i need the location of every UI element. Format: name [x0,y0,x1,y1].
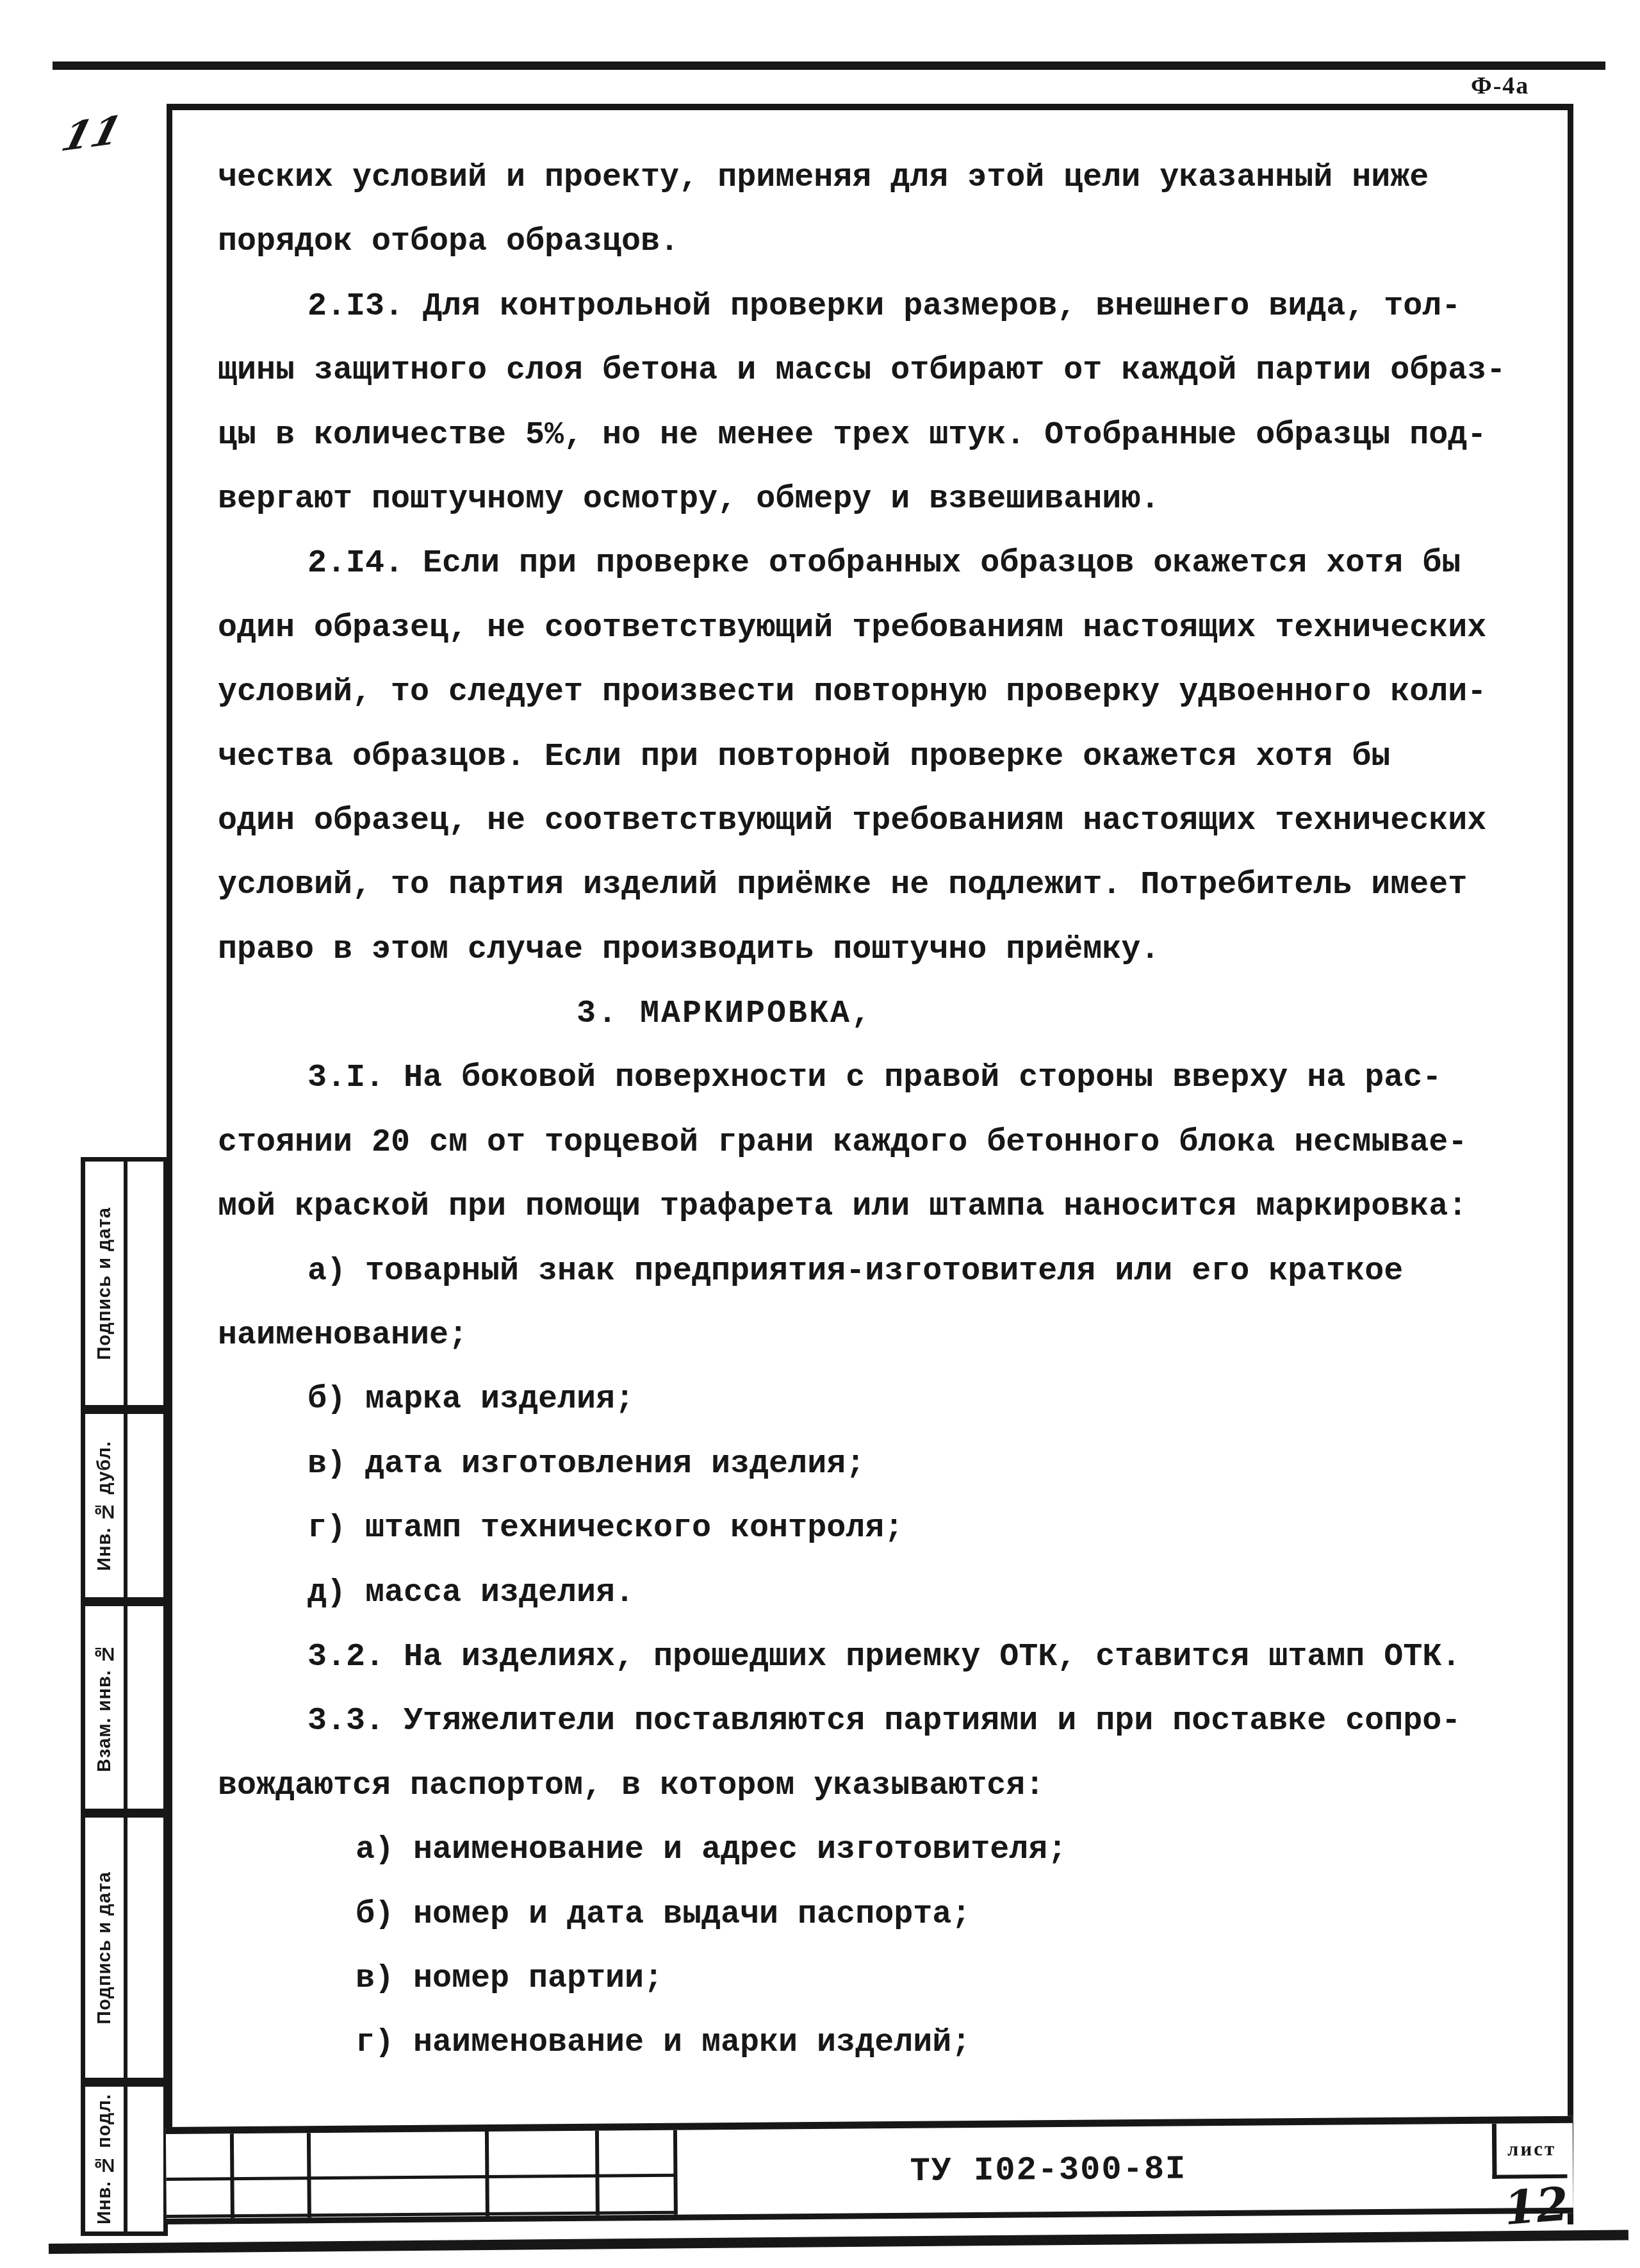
text-line: д) масса изделия. [218,1561,1548,1625]
sidebar-column-divider [124,1606,127,1809]
sidebar-label: Взам. инв. № [94,1643,115,1772]
bottom-edge-line [49,2230,1628,2254]
text-line: г) наименование и марки изделий; [218,2011,1548,2075]
sidebar-section-signature-date-1: Подпись и дата [81,1157,168,1409]
sidebar-label: Инв. № дубл. [94,1441,115,1571]
sidebar-label: Подпись и дата [94,1207,115,1360]
sidebar-column-divider [124,1414,127,1597]
document-number: ТУ I02-300-8I [824,2149,1272,2190]
sidebar-label-box: Инв. № дубл. [85,1414,124,1597]
sidebar-label-box: Инв. № подл. [85,2087,124,2231]
document-text: ческих условий и проекту, применяя для э… [218,146,1548,2076]
title-block-grid-line [166,2174,676,2181]
text-line: 3.2. На изделиях, прошедших приемку ОТК,… [218,1625,1548,1689]
text-line: ческих условий и проекту, применяя для э… [218,146,1548,210]
text-line: чества образцов. Если при повторной пров… [218,725,1548,789]
text-line: условий, то партия изделий приёмке не по… [218,853,1548,917]
sidebar-label-box: Взам. инв. № [85,1606,124,1809]
sidebar-label-box: Подпись и дата [85,1818,124,2078]
sidebar-section-inv-podl: Инв. № подл. [81,2082,168,2236]
sidebar-column-divider [124,1162,127,1405]
text-line: г) штамп технического контроля; [218,1497,1548,1561]
text-line: порядок отбора образцов. [218,210,1548,274]
top-edge-line [53,62,1605,70]
text-line: один образец, не соответствующий требова… [218,596,1548,661]
text-line: 2.I4. Если при проверке отобранных образ… [218,532,1548,596]
sidebar-label-box: Подпись и дата [85,1162,124,1405]
text-line: в) дата изготовления изделия; [218,1433,1548,1497]
title-block-grid-line [595,2131,600,2215]
text-line: один образец, не соответствующий требова… [218,789,1548,853]
text-line: наименование; [218,1304,1548,1368]
sidebar-section-inv-dubl: Инв. № дубл. [81,1409,168,1602]
sidebar-section-vzam-inv: Взам. инв. № [81,1602,168,1813]
title-block-grid-line [673,2130,678,2215]
sidebar-section-signature-date-2: Подпись и дата [81,1813,168,2082]
handwritten-sheet-number: 12 [1502,2176,1570,2235]
sidebar-label: Инв. № подл. [94,2094,115,2224]
sidebar-label: Подпись и дата [94,1871,115,2025]
text-line: 3.3. Утяжелители поставляются партиями и… [218,1689,1548,1754]
title-block-grid-line [307,2133,311,2217]
title-block: ТУ I02-300-8I лист 12 [166,2116,1573,2224]
form-code-label: Ф-4а [1471,72,1529,100]
text-line: мой краской при помощи трафарета или шта… [218,1175,1548,1239]
sidebar-column-divider [124,1818,127,2078]
handwritten-page-number: 11 [56,106,126,160]
text-line: вергают поштучному осмотру, обмеру и взв… [218,468,1548,532]
sheet-label-cell: лист [1492,2123,1568,2179]
text-line: 3.I. На боковой поверхности с правой сто… [218,1046,1548,1110]
title-block-grid-line [230,2133,234,2218]
sheet-label: лист [1507,2137,1557,2161]
text-line: а) товарный знак предприятия-изготовител… [218,1240,1548,1304]
title-block-grid-line [485,2132,489,2216]
text-line: а) наименование и адрес изготовителя; [218,1818,1548,1882]
text-line: право в этом случае производить поштучно… [218,918,1548,982]
scanned-document-page: Ф-4а 11 ческих условий и проекту, примен… [0,0,1640,2268]
title-block-grid-line [167,2211,676,2218]
text-line: щины защитного слоя бетона и массы отбир… [218,339,1548,403]
text-line: б) номер и дата выдачи паспорта; [218,1883,1548,1947]
text-line: вождаются паспортом, в котором указывают… [218,1754,1548,1818]
text-line: 2.I3. Для контрольной проверки размеров,… [218,275,1548,339]
sidebar-column-divider [124,2087,127,2231]
text-line: в) номер партии; [218,1947,1548,2011]
text-line: цы в количестве 5%, но не менее трех шту… [218,404,1548,468]
text-line: 3. МАРКИРОВКА, [218,982,1548,1046]
text-line: б) марка изделия; [218,1368,1548,1432]
text-line: стоянии 20 см от торцевой грани каждого … [218,1111,1548,1175]
text-line: условий, то следует произвести повторную… [218,661,1548,725]
